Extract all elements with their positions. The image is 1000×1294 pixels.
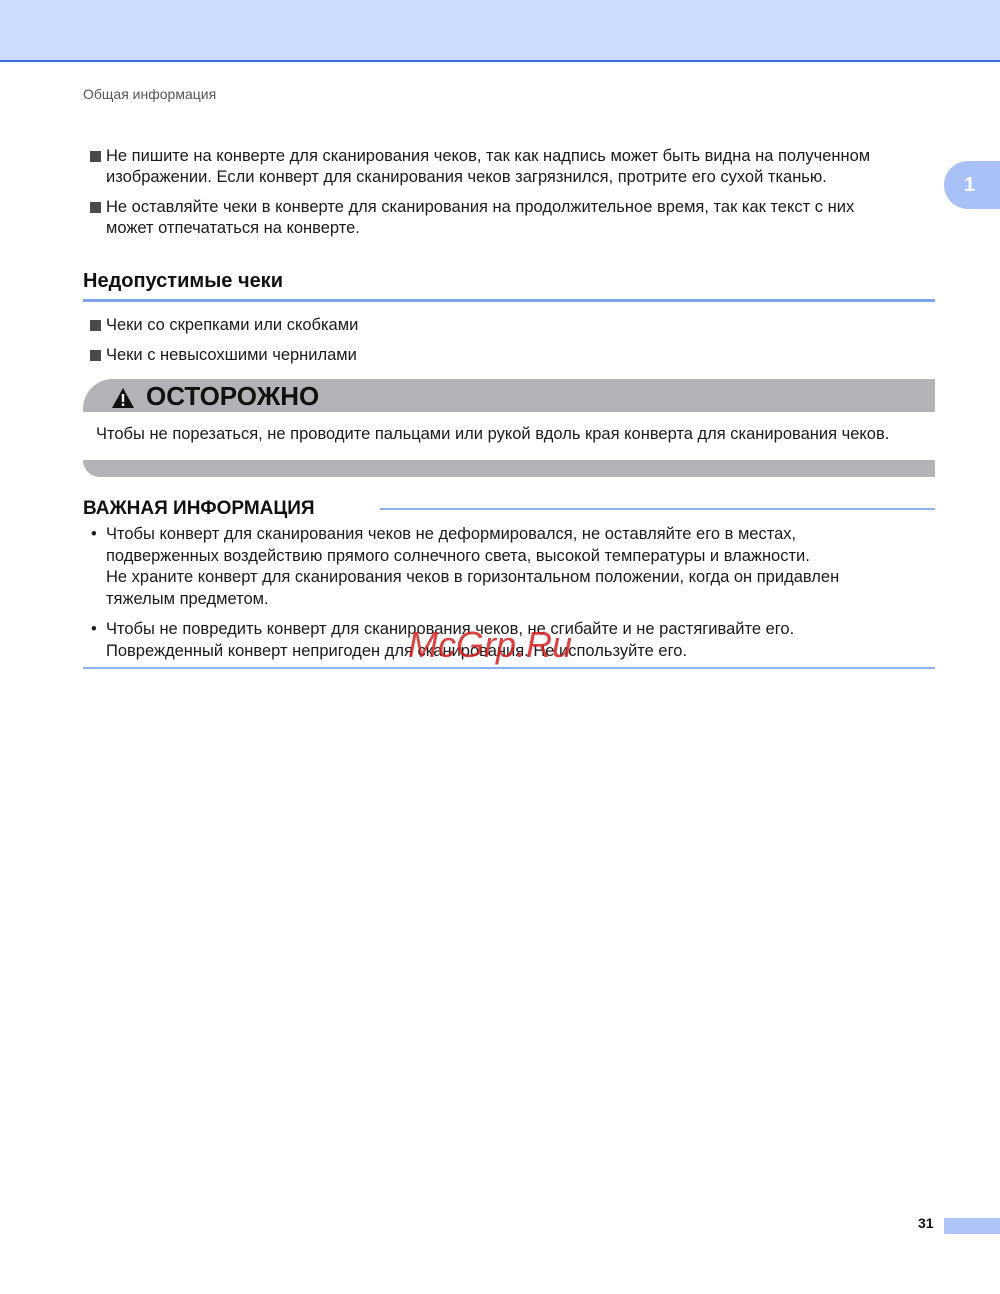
page-number-bar [944, 1218, 1000, 1234]
watermark: McGrp.Ru [408, 624, 572, 666]
dot-bullet-icon: • [91, 619, 97, 641]
caution-title: ОСТОРОЖНО [146, 381, 319, 412]
heading-rule [83, 299, 935, 302]
warning-triangle-icon [111, 387, 135, 409]
list-item: • Чтобы конверт для сканирования чеков н… [90, 524, 935, 610]
square-bullet-icon [90, 350, 101, 361]
caution-footer-bar [83, 460, 935, 477]
caution-text: Чтобы не порезаться, не проводите пальца… [96, 425, 889, 444]
important-bottom-rule [83, 667, 935, 669]
invalid-checks-list: Чеки со скрепками или скобками Чеки с не… [88, 315, 938, 375]
section-heading: Недопустимые чеки [83, 270, 283, 293]
square-bullet-icon [90, 320, 101, 331]
header-band [0, 0, 1000, 62]
list-item: Чеки с невысохшими чернилами [88, 345, 938, 366]
dot-bullet-icon: • [91, 524, 97, 546]
running-head: Общая информация [83, 86, 216, 102]
important-heading-rule [380, 508, 935, 510]
list-item: Не пишите на конверте для сканирования ч… [88, 146, 938, 188]
list-item: Чеки со скрепками или скобками [88, 315, 938, 336]
square-bullet-icon [90, 151, 101, 162]
square-bullet-icon [90, 202, 101, 213]
important-heading: ВАЖНАЯ ИНФОРМАЦИЯ [83, 498, 315, 520]
page-number: 31 [918, 1215, 934, 1231]
list-item: Не оставляйте чеки в конверте для сканир… [88, 197, 938, 239]
chapter-tab[interactable]: 1 [944, 161, 1000, 209]
intro-bullet-list: Не пишите на конверте для сканирования ч… [88, 146, 938, 248]
